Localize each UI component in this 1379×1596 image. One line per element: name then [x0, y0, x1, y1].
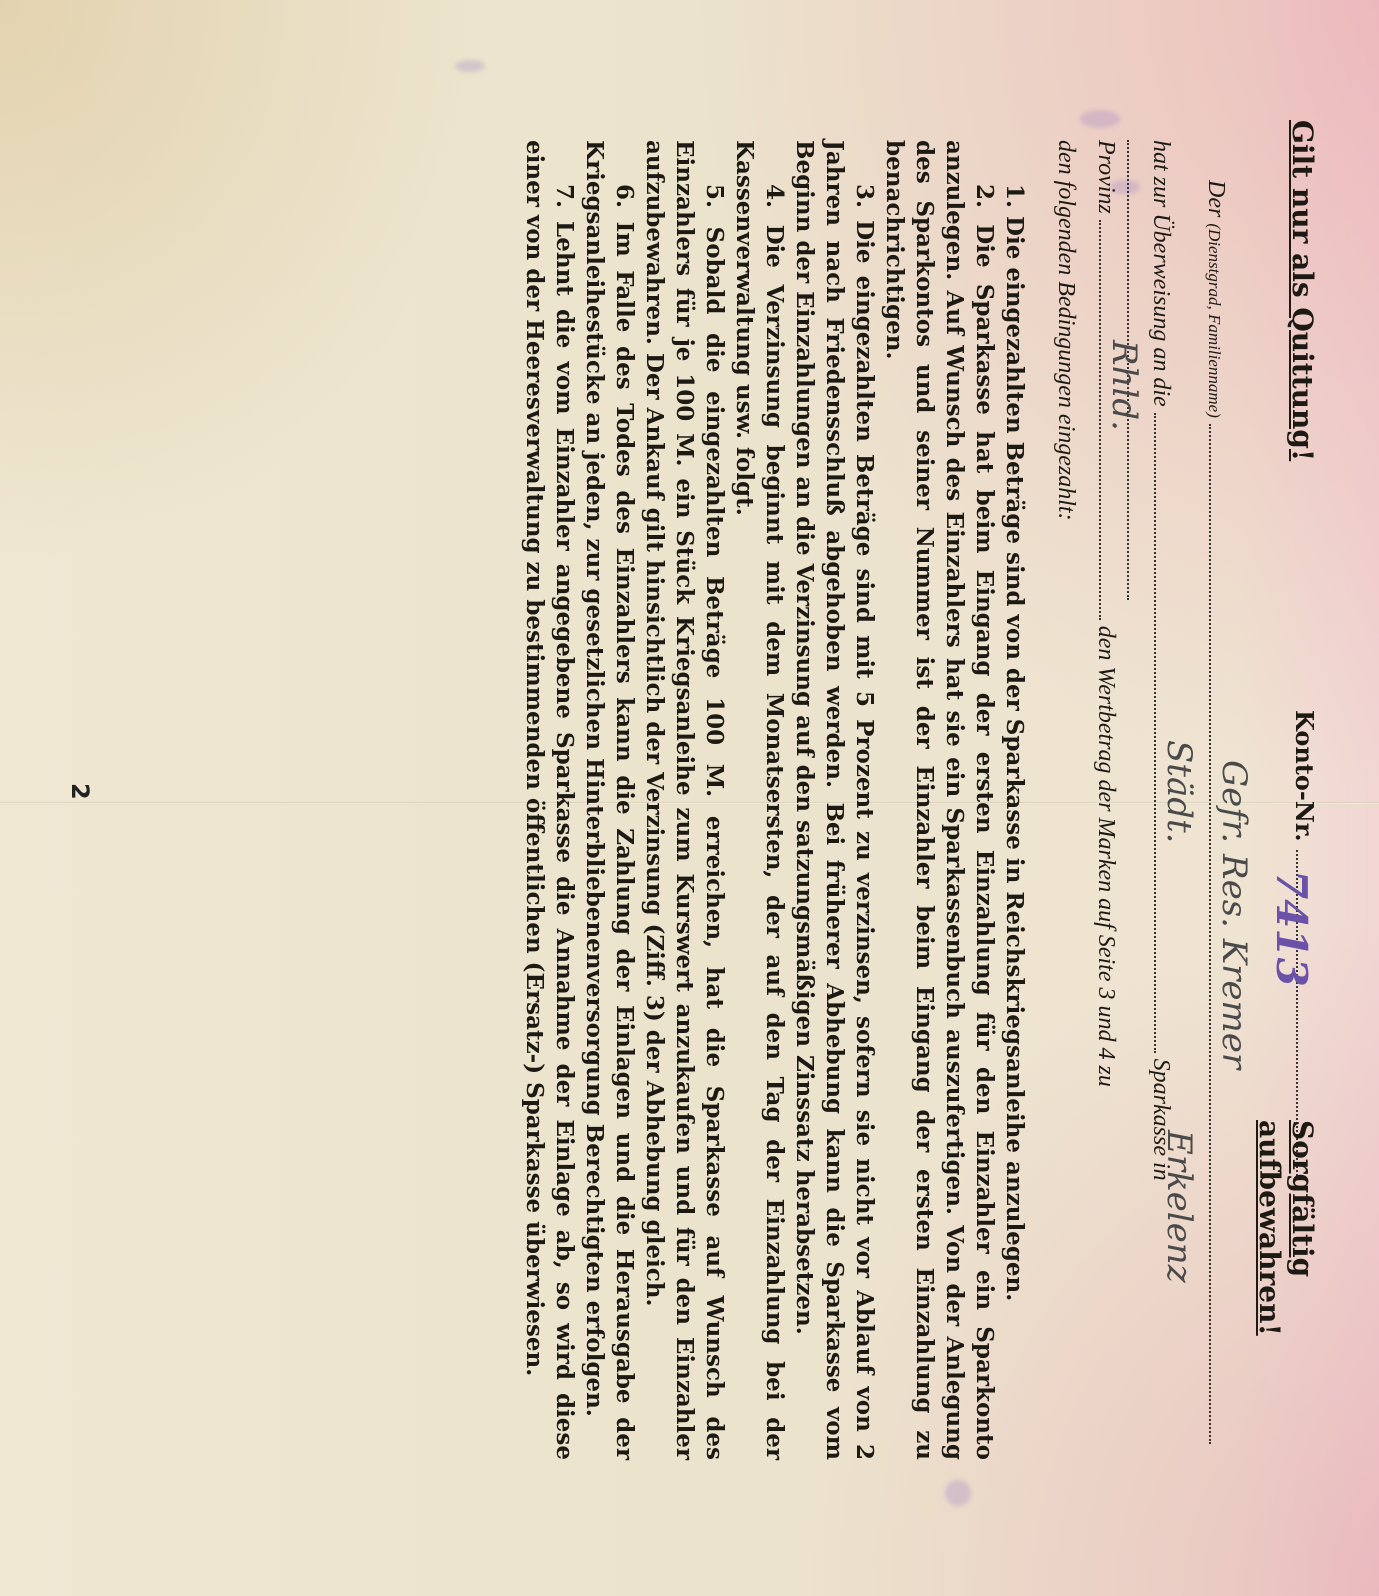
handwritten-bank-type: Städt. [1159, 740, 1199, 843]
hint-rank-name: (Dienstgrad, Familienname) [1205, 223, 1224, 418]
condition-6: 6. Im Falle des Todes des Einzahlers kan… [579, 140, 639, 1460]
header: Gilt nur als Quittung! Konto-Nr. 7413 So… [1259, 120, 1319, 1480]
condition-7: 7. Lehnt die vom Einzahler angegebene Sp… [519, 140, 579, 1460]
form-line-province: Provinz den Wertbetrag der Marken auf Se… [1092, 140, 1119, 1087]
label-value-amount: den Wertbetrag der Marken auf Seite 3 un… [1093, 626, 1119, 1087]
document-sheet: Gilt nur als Quittung! Konto-Nr. 7413 So… [0, 0, 1379, 1596]
condition-1: 1. Die eingezahlten Beträge sind von der… [999, 140, 1029, 1460]
condition-2: 2. Die Sparkasse hat beim Eingang der er… [879, 140, 999, 1460]
label-transfer: hat zur Überweisung an die [1148, 140, 1174, 407]
page-number: 2 [66, 783, 94, 800]
label-der: Der [1203, 180, 1229, 217]
account-number-field: Konto-Nr. 7413 [1290, 710, 1319, 1180]
handwritten-province: Rhld. [1104, 340, 1144, 431]
rotated-content: Gilt nur als Quittung! Konto-Nr. 7413 So… [0, 0, 1379, 1596]
account-label: Konto-Nr. [1290, 710, 1319, 842]
handwritten-city: Erkelenz [1159, 1130, 1199, 1283]
handwritten-name: Gefr. Res. Kremer [1214, 760, 1254, 1069]
condition-4: 4. Die Verzinsung beginnt mit dem Monats… [729, 140, 789, 1460]
label-province: Provinz [1093, 140, 1119, 214]
form-line-conditions-intro: den folgenden Bedingungen eingezahlt: [1052, 140, 1079, 521]
receipt-notice: Gilt nur als Quittung! [1286, 120, 1319, 461]
condition-3: 3. Die eingezahlten Beträge sind mit 5 P… [789, 140, 879, 1460]
condition-5: 5. Sobald die eingezahlten Beträge 100 M… [639, 140, 729, 1460]
account-value: 7413 [1267, 870, 1316, 987]
keep-safe-notice: Sorgfältig aufbewahren! [1253, 1120, 1319, 1480]
conditions-list: 1. Die eingezahlten Beträge sind von der… [519, 140, 1029, 1460]
